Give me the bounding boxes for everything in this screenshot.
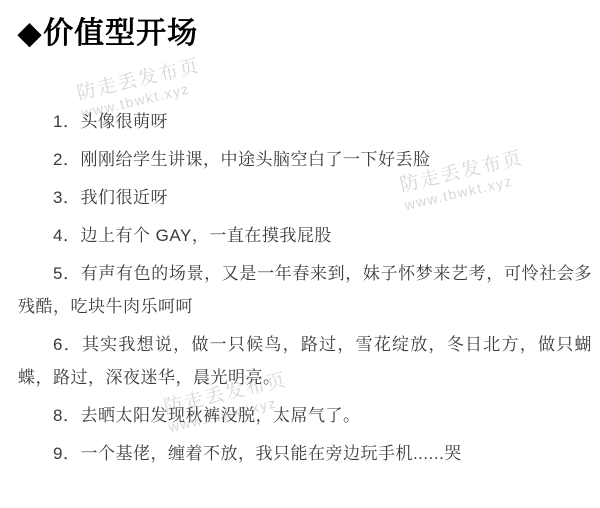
list-item: 1．头像很萌呀 <box>18 105 592 138</box>
document-page: 防走丢发布页 www.tbwkt.xyz 防走丢发布页 www.tbwkt.xy… <box>0 0 600 508</box>
list-item: 9．一个基佬，缠着不放，我只能在旁边玩手机......哭 <box>18 437 592 470</box>
list-item: 2．刚刚给学生讲课，中途头脑空白了一下好丢脸 <box>18 143 592 176</box>
list-item: 5．有声有色的场景，又是一年春来到，妹子怀梦来艺考，可怜社会多残酷，吃块牛肉乐呵… <box>18 257 592 323</box>
page-title: ◆价值型开场 <box>18 14 592 54</box>
content-area: ◆价值型开场 1．头像很萌呀 2．刚刚给学生讲课，中途头脑空白了一下好丢脸 3．… <box>0 0 600 470</box>
list-item: 4．边上有个 GAY，一直在摸我屁股 <box>18 219 592 252</box>
list-item: 3．我们很近呀 <box>18 181 592 214</box>
diamond-bullet-icon: ◆ <box>18 17 42 50</box>
list-item: 8．去晒太阳发现秋裤没脱，太屌气了。 <box>18 399 592 432</box>
list-item: 6．其实我想说，做一只候鸟，路过，雪花绽放，冬日北方，做只蝴蝶，路过，深夜迷华，… <box>18 328 592 394</box>
page-title-text: 价值型开场 <box>43 17 198 50</box>
